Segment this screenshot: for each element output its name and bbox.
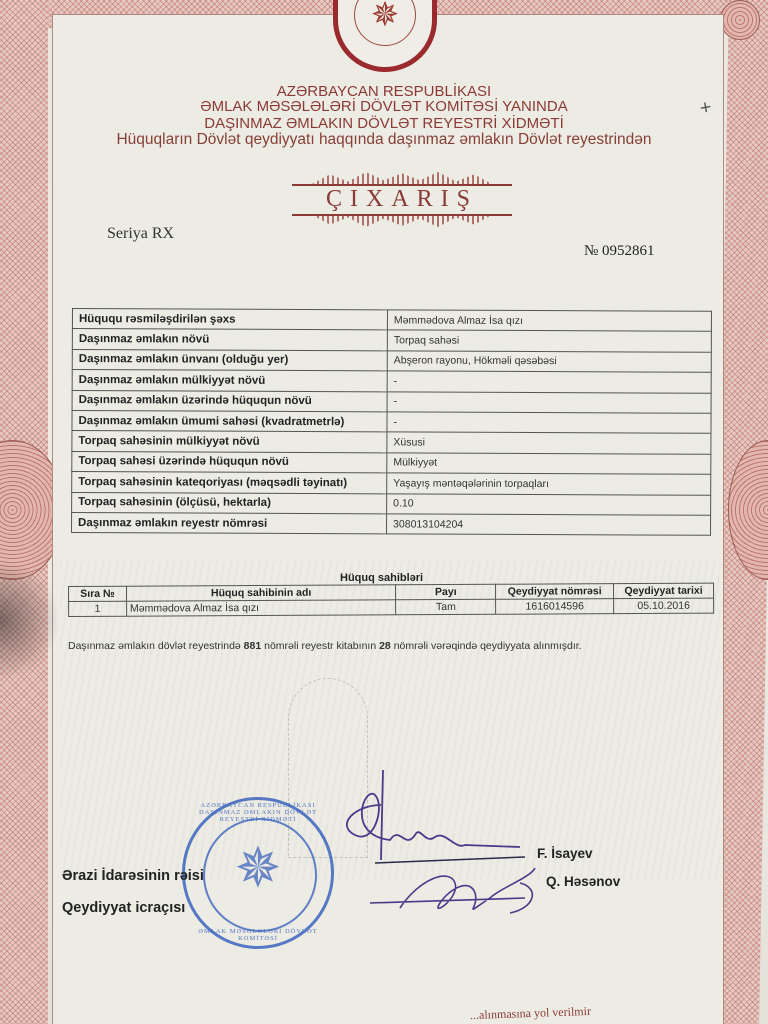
property-label: Daşınmaz əmlakın növü (72, 329, 387, 351)
property-label: Hüququ rəsmiləşdirilən şəxs (72, 309, 387, 331)
stamp-bottom-text: ƏMLAK MƏSƏLƏLƏRİ DÖVLƏT KOMİTƏSİ (185, 928, 331, 942)
owner-row: 1Məmmədova Almaz İsa qızıTam161601459605… (69, 598, 714, 616)
official-seal-icon: AZƏRBAYCAN RESPUBLİKASI DAŞINMAZ ƏMLAKIN… (182, 797, 334, 949)
document-paper: ✵ AZƏRBAYCAN RESPUBLİKASI ƏMLAK MƏSƏLƏLƏ… (0, 0, 768, 1024)
property-value: Məmmədova Almaz İsa qızı (387, 310, 711, 332)
signature-executor-icon (360, 858, 550, 928)
header-line-3: DAŞINMAZ ƏMLAKIN DÖVLƏT REYESTRİ XİDMƏTİ (0, 115, 768, 132)
stamp-top-text: AZƏRBAYCAN RESPUBLİKASI DAŞINMAZ ƏMLAKIN… (185, 802, 331, 823)
executor-name: Q. Həsənov (546, 874, 620, 889)
header-subtitle: Hüquqların Dövlət qeydiyyatı haqqında da… (0, 131, 768, 149)
property-row: Daşınmaz əmlakın üzərində hüququn növü- (72, 390, 711, 413)
property-label: Daşınmaz əmlakın ünvanı (olduğu yer) (72, 349, 387, 371)
property-label: Torpaq sahəsinin mülkiyyət növü (72, 431, 387, 453)
property-label: Daşınmaz əmlakın ümumi sahəsi (kvadratme… (72, 410, 387, 432)
emblem-star-icon: ✵ (354, 0, 416, 46)
property-row: Torpaq sahəsinin kateqoriyası (məqsədli … (72, 472, 711, 495)
property-row: Torpaq sahəsi üzərində hüququn növüMülki… (72, 451, 711, 474)
note-page-number: 28 (379, 640, 391, 652)
rosette-corner-icon (720, 0, 760, 40)
property-label: Daşınmaz əmlakın reyestr nömrəsi (72, 512, 387, 534)
finger-shadow (0, 560, 60, 680)
property-row: Torpaq sahəsinin mülkiyyət növüXüsusi (72, 431, 711, 454)
property-row: Daşınmaz əmlakın növüTorpaq sahəsi (72, 329, 711, 352)
property-label: Torpaq sahəsinin kateqoriyası (məqsədli … (72, 472, 387, 494)
property-label: Daşınmaz əmlakın üzərində hüququn növü (72, 390, 387, 412)
executor-label: Qeydiyyat icraçısı (62, 900, 185, 916)
property-value: Abşeron rayonu, Hökməli qəsəbəsi (387, 351, 711, 373)
property-row: Hüququ rəsmiləşdirilən şəxsMəmmədova Alm… (72, 309, 711, 332)
header-line-2: ƏMLAK MƏSƏLƏLƏRİ DÖVLƏT KOMİTƏSİ YANINDA (0, 98, 768, 115)
series-label: Seriya RX (107, 225, 174, 243)
owner-cell: Tam (396, 599, 496, 615)
property-label: Torpaq sahəsinin (ölçüsü, hektarla) (72, 492, 387, 514)
head-name: F. İsayev (537, 846, 593, 861)
property-value: 308013104204 (387, 514, 711, 536)
property-value: Torpaq sahəsi (387, 330, 711, 352)
property-row: Daşınmaz əmlakın ümumi sahəsi (kvadratme… (72, 410, 711, 433)
owners-column-header: Qeydiyyat tarixi (614, 583, 714, 599)
owners-column-header: Payı (396, 584, 496, 600)
property-value: - (387, 412, 711, 434)
property-label: Torpaq sahəsi üzərində hüququn növü (72, 451, 387, 473)
owner-cell: 1616014596 (496, 599, 614, 615)
document-title-block: ÇIXARIŞ (292, 172, 512, 227)
registration-note: Daşınmaz əmlakın dövlət reyestrində 881 … (68, 640, 582, 652)
owner-cell: 05.10.2016 (614, 598, 714, 614)
property-value: - (387, 371, 711, 393)
owners-column-header: Sıra № (69, 586, 127, 601)
document-number: № 0952861 (584, 243, 655, 260)
property-value: 0.10 (387, 493, 711, 515)
property-row: Torpaq sahəsinin (ölçüsü, hektarla)0.10 (72, 492, 711, 515)
owner-cell: 1 (69, 601, 127, 616)
property-value: - (387, 391, 711, 413)
note-prefix: Daşınmaz əmlakın dövlət reyestrində (68, 640, 244, 652)
head-label: Ərazi İdarəsinin rəisi (62, 868, 204, 884)
property-label: Daşınmaz əmlakın mülkiyyət növü (72, 370, 387, 392)
owner-cell: Məmmədova Almaz İsa qızı (126, 600, 396, 616)
title-ornament-icon (312, 215, 492, 227)
property-value: Mülkiyyət (387, 453, 711, 475)
property-row: Daşınmaz əmlakın mülkiyyət növü- (72, 370, 711, 393)
note-book-number: 881 (244, 640, 262, 652)
owners-title: Hüquq sahibləri (340, 572, 423, 584)
document-title: ÇIXARIŞ (292, 186, 512, 213)
property-row: Daşınmaz əmlakın reyestr nömrəsi30801310… (72, 512, 711, 535)
note-suffix: nömrəli vərəqində qeydiyyata alınmışdır. (391, 640, 582, 652)
property-value: Xüsusi (387, 432, 711, 454)
owners-table: Sıra №Hüquq sahibinin adıPayıQeydiyyat n… (68, 583, 714, 617)
note-middle: nömrəli reyestr kitabının (261, 640, 379, 652)
owners-column-header: Qeydiyyat nömrəsi (496, 584, 614, 600)
owners-column-header: Hüquq sahibinin adı (126, 585, 396, 601)
property-table: Hüququ rəsmiləşdirilən şəxsMəmmədova Alm… (71, 308, 712, 536)
stamp-star-icon: ✵ (185, 840, 331, 896)
title-ornament-icon (312, 172, 492, 184)
property-value: Yaşayış məntəqələrinin torpaqları (387, 473, 711, 495)
property-row: Daşınmaz əmlakın ünvanı (olduğu yer)Abşe… (72, 349, 711, 372)
